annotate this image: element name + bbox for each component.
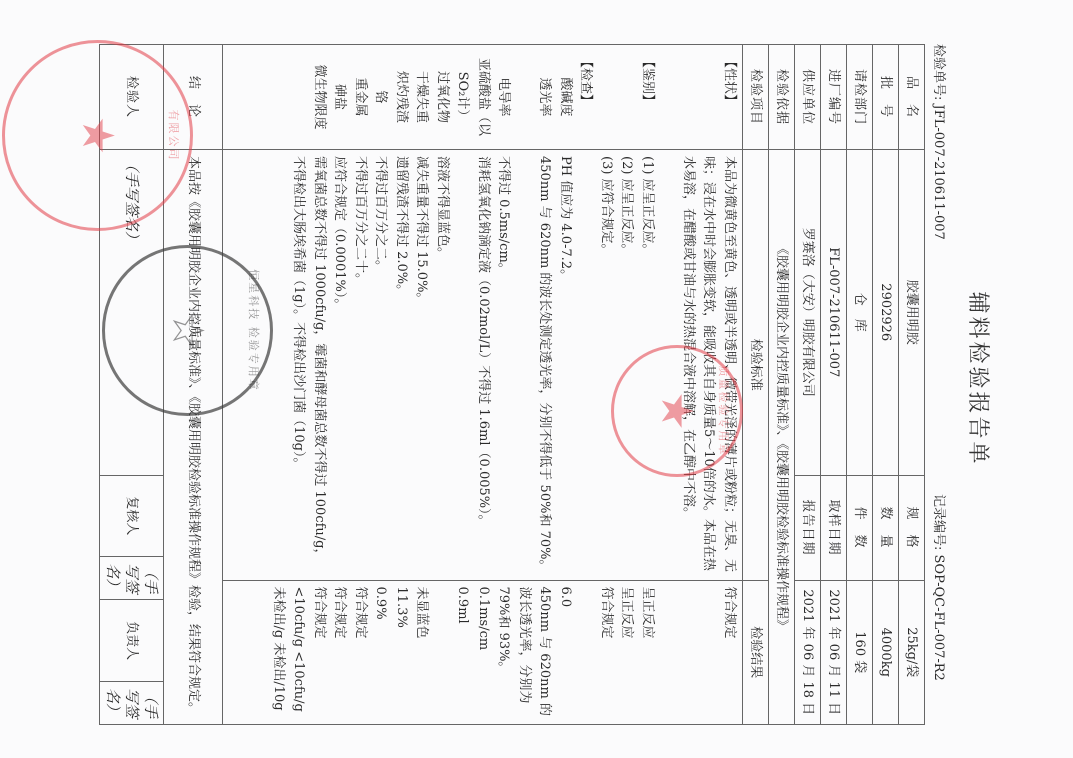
basis-row: 检验依据 《胶囊用明胶企业内控质量标准》、《胶囊用明胶检验标准操作规程》 [769,45,795,725]
info-row: 请检部门 仓 库 件 数 160 袋 [847,45,873,725]
inspection-number: 检验单号: JFL-007-210611-007 [931,44,950,240]
test-result: 6.0 [555,587,576,718]
test-result: 符合规定 [309,587,330,718]
test-item-name: 干燥失重 [411,51,432,143]
test-item-name: 微生物限度 [247,51,329,143]
column-header-result: 检验结果 [743,580,769,724]
test-item-name: 过氧化物 [432,51,453,143]
report-title: 辅料检验报告单 [964,0,995,758]
result-identification: 符合规定 [596,587,617,718]
test-item-name: 电导率 [493,51,514,143]
test-standard: 450nm 与 620nm 的波长处测定透光率，分别不得低于 50%和 70%。 [514,156,555,574]
test-result: 未显蓝色 [411,587,432,718]
test-item-name: 铬 [370,51,391,143]
info-row: 进厂编号 FL-007-210611-007 取样日期 2021 年 06 月 … [821,45,847,725]
test-result: 0.1ms/cm [473,587,494,718]
test-standard: 遗留残渣不得过 2.0%。 [391,156,412,574]
test-result: 0.9% [370,587,391,718]
section-header-identification: 【鉴别】 [637,51,658,143]
report-page: 辅料检验报告单 检验单号: JFL-007-210611-007 记录编号: S… [0,0,1073,758]
department: 仓 库 [847,150,873,476]
sample-date: 2021 年 06 月 11 日 [821,580,847,724]
manager-signature: （手写签名） [101,681,164,724]
spacer [616,51,637,143]
test-result: <10cfu/g <10cfu/g 未检出/g 未检出/10g [227,587,309,718]
test-item-name: 重金属 [350,51,371,143]
info-row: 供应单位 罗赛洛（大安）明胶有限公司 报告日期 2021 年 06 月 18 日 [795,45,821,725]
test-standard: 不得过百万分之二十。 [350,156,371,574]
entry-number: FL-007-210611-007 [821,150,847,476]
inspection-basis: 《胶囊用明胶企业内控质量标准》、《胶囊用明胶检验标准操作规程》 [769,150,795,725]
info-row: 品 名 胶囊用明胶 规 格 25kg/袋 [899,45,925,725]
test-item-name: 酸碱度 [555,51,576,143]
test-standard: 不得过百万分之二。 [370,156,391,574]
result-appearance: 符合规定 [657,587,739,718]
test-standard: 消耗氢氧化钠滴定液（0.02mol/L）不得过 1.6ml（0.005%）。 [452,156,493,574]
conclusion-text: 本品按《胶囊用明胶企业内控质量标准》、《胶囊用明胶检验标准操作规程》检验，结果符… [164,150,223,725]
product-name: 胶囊用明胶 [899,150,925,476]
spacer [596,51,617,143]
spacer [575,587,596,718]
test-result: 450nm 与 620nm 的波长透光率，分别为 79%和 93%。 [493,587,555,718]
column-header-row: 检验项目 检验标准 检验结果 [743,45,769,725]
conclusion-row: 结 论 本品按《胶囊用明胶企业内控质量标准》、《胶囊用明胶检验标准操作规程》检验… [164,45,223,725]
section-header-appearance: 【性状】 [657,51,739,143]
test-item-name: 透光率 [514,51,555,143]
test-result: 符合规定 [329,587,350,718]
supplier: 罗赛洛（大安）明胶有限公司 [795,150,821,476]
test-standards: 本品为微黄色至黄色、透明或半透明、微带光泽的薄片或粉粒；无臭、无味；浸在水中时会… [223,150,743,581]
test-standard: 溶液不得显蓝色。 [432,156,453,574]
reviewer-signature: （手写签名） [101,557,164,600]
test-standard: 需氧菌总数不得过 1000cfu/g，霉菌和酵母菌总数不得过 100cfu/g，… [247,156,329,574]
inspector-signature: （手写签名） [100,150,164,476]
standard-identification: (2) 应呈正反应。 [616,156,637,574]
column-header-standard: 检验标准 [743,150,769,581]
info-row: 批 号 2902926 数 量 4000kg [873,45,899,725]
record-number: 记录编号: SOP-QC-FL-007-R2 [931,494,950,681]
inspection-table: 品 名 胶囊用明胶 规 格 25kg/袋 批 号 2902926 数 量 400… [100,44,926,725]
result-identification: 呈正反应 [637,587,658,718]
batch-number: 2902926 [873,150,899,476]
test-standard: PH 值应为 4.0-7.2。 [555,156,576,574]
standard-appearance: 本品为微黄色至黄色、透明或半透明、微带光泽的薄片或粉粒；无臭、无味；浸在水中时会… [657,156,739,574]
test-result: 11.3% [391,587,412,718]
tests-body: 【性状】【鉴别】【检查】酸碱度透光率电导率亚硫酸盐（以SO₂计）过氧化物干燥失重… [223,45,743,725]
test-standard: 应符合规定（0.0001%）。 [329,156,350,574]
test-item-name: 亚硫酸盐（以SO₂计） [452,51,493,143]
signature-row: 检验人 （手写签名） 复核人 （手写签名） 负责人 （手写签名） [100,45,164,725]
test-results: 符合规定呈正反应呈正反应符合规定6.0450nm 与 620nm 的波长透光率，… [223,580,743,724]
spec: 25kg/袋 [899,580,925,724]
standard-identification: (3) 应符合规定。 [596,156,617,574]
pieces: 160 袋 [847,580,873,724]
test-item-name: 砷盐 [329,51,350,143]
test-item-name: 炽灼残渣 [391,51,412,143]
section-header-tests: 【检查】 [575,51,596,143]
standard-identification: (1) 应呈正反应。 [637,156,658,574]
report-date: 2021 年 06 月 18 日 [795,580,821,724]
test-standard: 减失重量不得过 15.0%。 [411,156,432,574]
spacer [575,156,596,574]
test-result: 0.9ml [432,587,473,718]
result-identification: 呈正反应 [616,587,637,718]
test-result: 符合规定 [350,587,371,718]
column-header-item: 检验项目 [743,45,769,150]
quantity: 4000kg [873,580,899,724]
test-standard: 不得过 0.5ms/cm。 [493,156,514,574]
test-items: 【性状】【鉴别】【检查】酸碱度透光率电导率亚硫酸盐（以SO₂计）过氧化物干燥失重… [223,45,743,150]
